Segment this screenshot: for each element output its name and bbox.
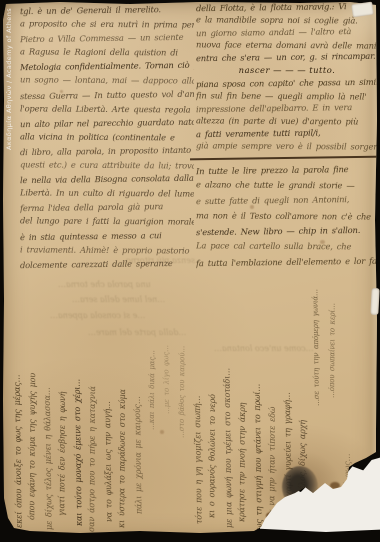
paper-chip-right-edge [370,288,379,315]
handwriting-line: In tutte le lire prezzo la parola fine [196,161,378,179]
manuscript-page: una parola che torna……nel lume della ser… [0,0,380,542]
foxing-spot [92,150,95,153]
foxing-spot [60,90,63,93]
foxing-spot [320,240,325,244]
left-text-block: tgl. è un de' Generali il merelito.a pro… [20,3,194,271]
section-divider-line [190,155,379,160]
right-paragraph-2: piana sposa con capito' che passa un sim… [196,77,378,153]
handwriting-line: e sutte fatte di quegli non Antonini, [196,192,378,210]
handwriting-line: è in stia quintessa e messo a cui [20,227,194,244]
handwriting-line: già ampie sempre vero è il possibil sorg… [196,139,378,153]
centered-handwriting-line: nascer — — — tutto. [196,64,378,77]
handwriting-line: entra che s'era — un cor, g. si rincampa… [196,50,378,65]
watermark-academy-of-athens: Ακαδημία Αθηνών / Academy of Athens [5,8,13,150]
foxing-spot [250,205,254,209]
handwriting-line: dolcemente carezzati dalle speranze [20,255,194,272]
handwriting-line: i traviamenti. Ahimè! è proprio pastorio [20,242,194,257]
right-text-block: della Flotta, è la flotta maravig.: Vie … [196,1,378,270]
handwriting-line: un sogno — lontana, mai — dappoco alla [20,73,194,88]
handwriting-line: fa tutta l'emblazione dell'elemento e lo… [196,254,378,272]
handwriting-line: piana sposa con capito' che passa un sim… [196,76,378,91]
manuscript-scan: una parola che torna……nel lume della ser… [0,0,380,542]
right-paragraph-3: In tutte le lire prezzo la parola finee … [196,163,378,271]
handwriting-line: del lungo pare i fatti la guarigion mora… [20,214,194,229]
handwriting-line: stessa Guerra — In tutto questo vol d'an… [20,86,194,103]
foxing-spot [160,430,164,434]
handwriting-line: La pace cal cartello sulla brace, che [196,239,378,256]
handwriting-line: l'opera della Libertà. Arte questa regol… [20,101,194,116]
right-paragraph-1: della Flotta, è la flotta maravig.: Vie … [196,1,378,64]
